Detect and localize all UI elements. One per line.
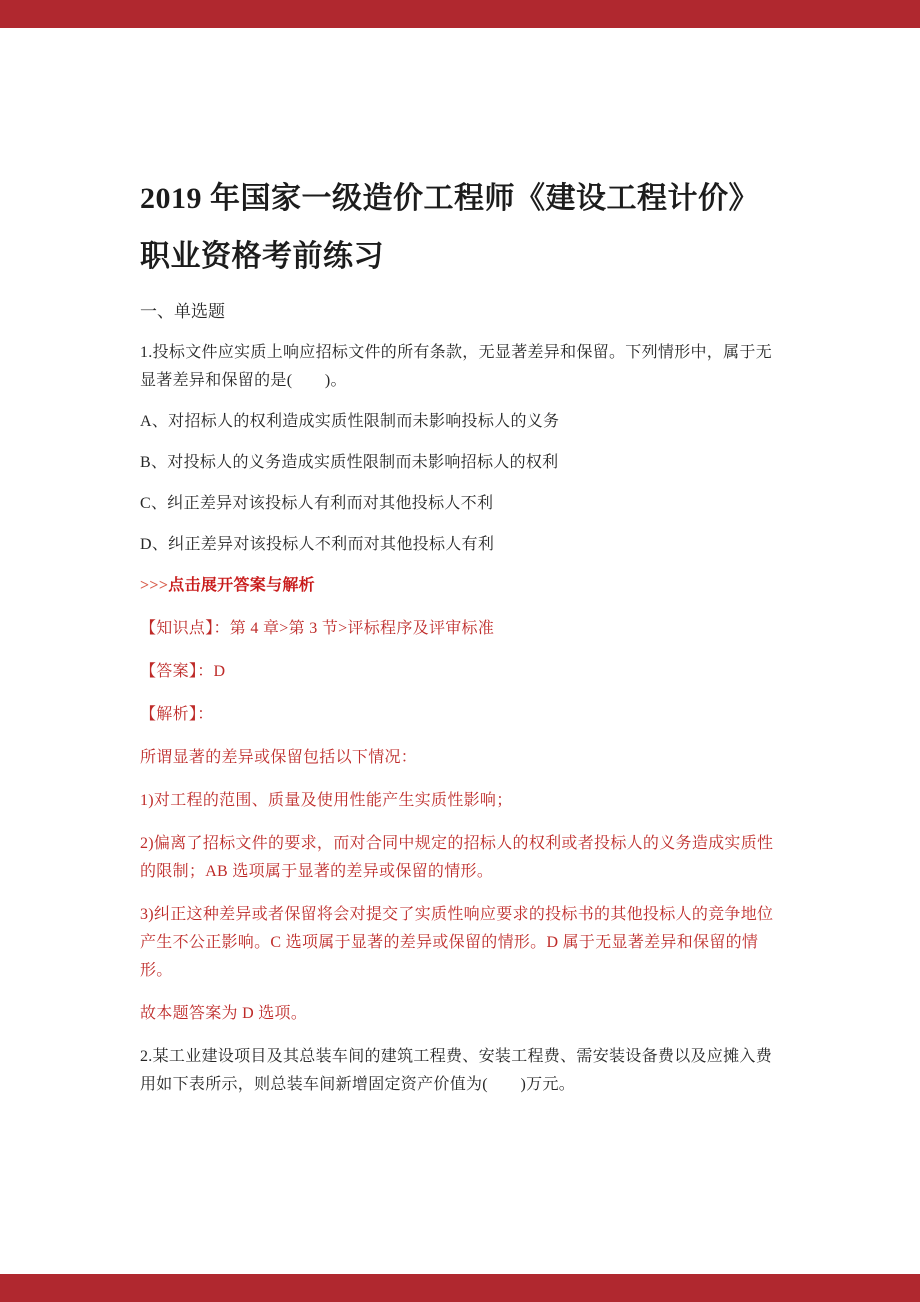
document-title: 2019 年国家一级造价工程师《建设工程计价》职业资格考前练习 xyxy=(140,170,788,286)
chevrons-right-icon: >>> xyxy=(140,577,168,594)
analysis-paragraph-intro: 所谓显著的差异或保留包括以下情况： xyxy=(140,744,788,772)
question1-option-a: A、对招标人的权利造成实质性限制而未影响投标人的义务 xyxy=(140,408,788,436)
knowledge-point-line: 【知识点】：第 4 章>第 3 节>评标程序及评审标准 xyxy=(140,615,788,643)
document-page: 2019 年国家一级造价工程师《建设工程计价》职业资格考前练习 一、单选题 1.… xyxy=(140,0,788,1112)
answer-line: 【答案】：D xyxy=(140,658,788,686)
question1-stem: 1.投标文件应实质上响应招标文件的所有条款，无显著差异和保留。下列情形中，属于无… xyxy=(140,339,788,395)
analysis-conclusion: 故本题答案为 D 选项。 xyxy=(140,1000,788,1028)
question1-option-c: C、纠正差异对该投标人有利而对其他投标人不利 xyxy=(140,490,788,518)
expand-answer-toggle[interactable]: >>>点击展开答案与解析 xyxy=(140,572,788,600)
question2-stem: 2.某工业建设项目及其总装车间的建筑工程费、安装工程费、需安装设备费以及应摊入费… xyxy=(140,1043,788,1099)
expand-answer-label: 点击展开答案与解析 xyxy=(168,577,315,594)
analysis-paragraph-3: 3)纠正这种差异或者保留将会对提交了实质性响应要求的投标书的其他投标人的竞争地位… xyxy=(140,901,788,985)
analysis-label-line: 【解析】： xyxy=(140,701,788,729)
page-bottom-divider-bar xyxy=(0,1274,920,1302)
section-heading-single-choice: 一、单选题 xyxy=(140,298,788,326)
analysis-paragraph-1: 1)对工程的范围、质量及使用性能产生实质性影响； xyxy=(140,787,788,815)
question1-option-b: B、对投标人的义务造成实质性限制而未影响招标人的权利 xyxy=(140,449,788,477)
question1-option-d: D、纠正差异对该投标人不利而对其他投标人有利 xyxy=(140,531,788,559)
analysis-paragraph-2: 2)偏离了招标文件的要求，而对合同中规定的招标人的权利或者投标人的义务造成实质性… xyxy=(140,830,788,886)
